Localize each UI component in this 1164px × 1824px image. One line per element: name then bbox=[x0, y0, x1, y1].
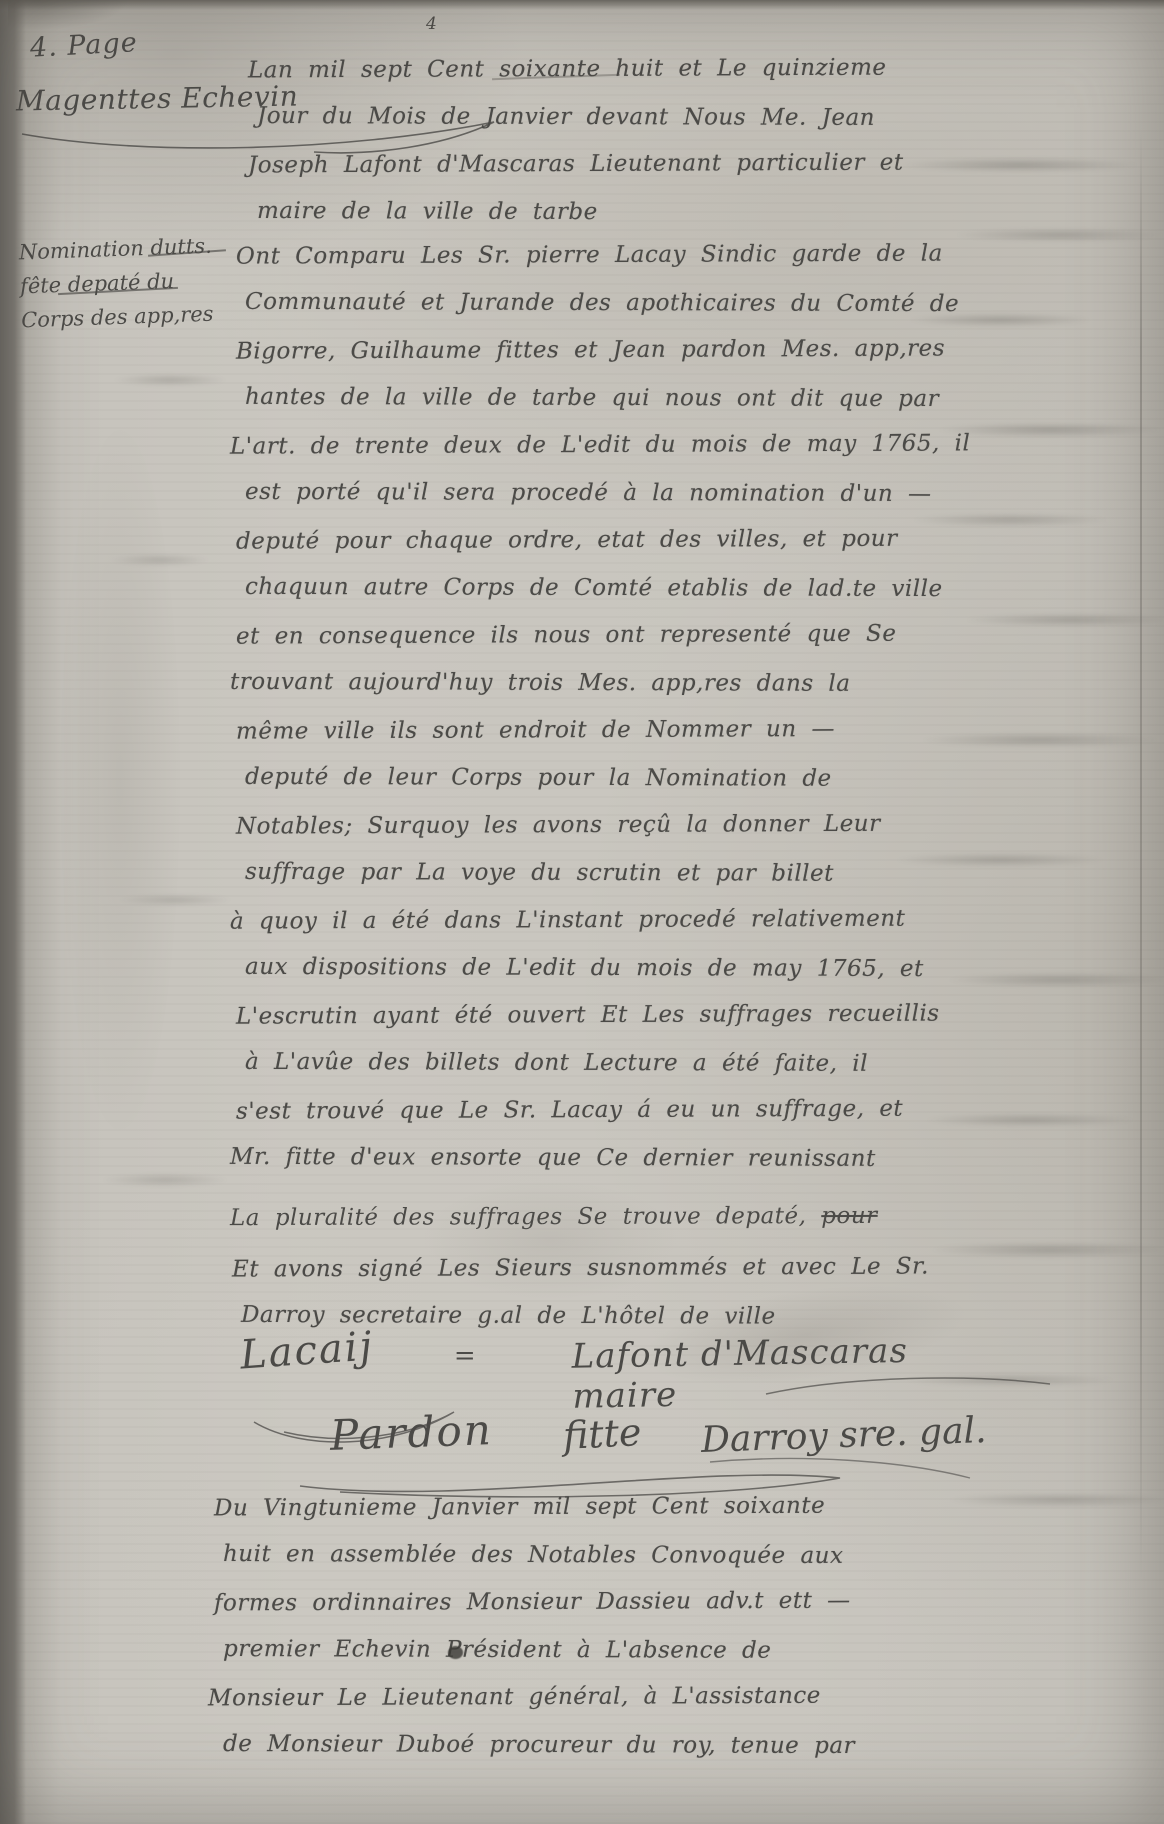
manuscript-line-with-strikeout: La pluralité des suffrages Se trouve dep… bbox=[230, 1193, 878, 1243]
line-text: La pluralité des suffrages Se trouve dep… bbox=[230, 1203, 807, 1231]
manuscript-line: Ont Comparu Les Sr. pierre Lacay Sindic … bbox=[236, 230, 971, 281]
margin-note-line: Nomination dutts. bbox=[18, 229, 212, 270]
manuscript-line: deputé de leur Corps pour la Nomination … bbox=[245, 753, 971, 803]
act1-body-paragraph: Ont Comparu Les Sr. pierre Lacay Sindic … bbox=[236, 232, 970, 1182]
manuscript-line: trouvant aujourd'huy trois Mes. app,res … bbox=[230, 658, 971, 708]
signature-darroy: Darroy sre. gal. bbox=[700, 1410, 987, 1461]
manuscript-line: à quoy il a été dans L'instant procedé r… bbox=[230, 895, 971, 946]
manuscript-line: à L'avûe des billets dont Lecture a été … bbox=[245, 1038, 971, 1088]
manuscript-line: Monsieur Le Lieutenant général, à L'assi… bbox=[208, 1673, 855, 1723]
signature-separator-mark: = bbox=[454, 1341, 476, 1371]
signature-fitte: fitte bbox=[562, 1410, 643, 1458]
signature-lacay: Lacaij bbox=[239, 1323, 376, 1378]
manuscript-line: Notables; Surquoy les avons reçû la donn… bbox=[236, 800, 971, 851]
manuscript-line: même ville ils sont endroit de Nommer un… bbox=[236, 705, 971, 756]
manuscript-line: de Monsieur Duboé procureur du roy, tenu… bbox=[223, 1721, 855, 1770]
scan-edge-top bbox=[0, 0, 1164, 10]
paper-stain bbox=[60, 430, 180, 1130]
manuscript-line: deputé pour chaque ordre, etat des ville… bbox=[236, 515, 971, 566]
manuscript-line: Jour du Mois de Janvier devant Nous Me. … bbox=[257, 92, 904, 142]
manuscript-line: Et avons signé Les Sieurs susnommés et a… bbox=[232, 1243, 929, 1294]
manuscript-line: hantes de la ville de tarbe qui nous ont… bbox=[245, 373, 971, 423]
manuscript-line: Bigorre, Guilhaume fittes et Jean pardon… bbox=[236, 325, 971, 376]
manuscript-line: Joseph Lafont d'Mascaras Lieutenant part… bbox=[248, 140, 904, 190]
manuscript-line: L'art. de trente deux de L'edit du mois … bbox=[230, 420, 971, 471]
manuscript-line: est porté qu'il sera procedé à la nomina… bbox=[245, 468, 971, 518]
manuscript-line: Communauté et Jurande des apothicaires d… bbox=[245, 278, 971, 328]
paper-fold-line bbox=[1140, 130, 1142, 1580]
manuscript-line: L'escrutin ayant été ouvert Et Les suffr… bbox=[236, 990, 971, 1041]
signature-block: Lacaij = Lafont d'Mascaras maire Pardon … bbox=[240, 1328, 1000, 1486]
margin-page-label: 4. Page bbox=[29, 27, 138, 64]
signature-row: Pardon fitte Darroy sre. gal. bbox=[240, 1408, 1000, 1486]
manuscript-line: formes ordinnaires Monsieur Dassieu adv.… bbox=[214, 1578, 855, 1628]
manuscript-line: Lan mil sept Cent soixante huit et Le qu… bbox=[248, 45, 904, 95]
manuscript-line: suffrage par La voye du scrutin et par b… bbox=[245, 848, 971, 898]
manuscript-line: Mr. fitte d'eux ensorte que Ce dernier r… bbox=[230, 1133, 971, 1183]
folio-number: 4 bbox=[426, 14, 437, 34]
manuscript-line: chaquun autre Corps de Comté etablis de … bbox=[245, 563, 971, 613]
margin-nomination-note: Nomination dutts.fête depaté duCorps des… bbox=[18, 229, 214, 338]
signature-pardon: Pardon bbox=[329, 1405, 493, 1460]
manuscript-line: et en consequence ils nous ont represent… bbox=[236, 610, 971, 661]
manuscript-line: s'est trouvé que Le Sr. Lacay á eu un su… bbox=[236, 1085, 971, 1136]
signature-lafont-maire: Lafont d'Mascaras maire bbox=[571, 1329, 1001, 1416]
manuscript-page: 4 4. Page Magenttes Echevin Nomination d… bbox=[0, 0, 1164, 1824]
manuscript-line: maire de la ville de tarbe bbox=[257, 187, 904, 237]
act2-paragraph: Du Vingtunieme Janvier mil sept Cent soi… bbox=[214, 1484, 855, 1769]
act1-opening-paragraph: Lan mil sept Cent soixante huit et Le qu… bbox=[248, 46, 904, 236]
manuscript-line: aux dispositions de L'edit du mois de ma… bbox=[245, 943, 971, 993]
manuscript-line: huit en assemblée des Notables Convoquée… bbox=[223, 1531, 855, 1580]
manuscript-line: premier Echevin Président à L'absence de bbox=[223, 1626, 855, 1675]
signature-row: Lacaij = Lafont d'Mascaras maire bbox=[240, 1328, 1000, 1400]
margin-note-line: Corps des app,res bbox=[21, 297, 215, 338]
manuscript-line: Du Vingtunieme Janvier mil sept Cent soi… bbox=[214, 1483, 855, 1533]
struck-word: pour bbox=[821, 1203, 877, 1229]
